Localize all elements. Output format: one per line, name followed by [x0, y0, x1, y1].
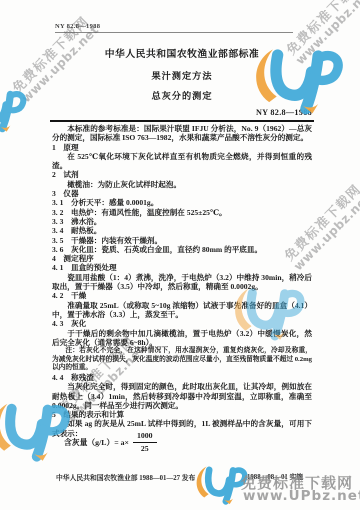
doc-block-item: 3. 2 电热炉：有通风性能，温度控制在 525±25℃。 — [52, 208, 312, 217]
doc-block-para: 准确量取 25mL（或称取 5~10g 浓缩物）试液于事先准备好的皿盒（4.1）… — [52, 301, 312, 320]
standard-subtitle: 总灰分的测定 — [52, 88, 312, 102]
doc-block-para: 于干燥后的剩余物中加几滴橄榄油，置于电热炉（3.2）中缓慢炭化，然后完全灰化（通… — [52, 329, 312, 348]
doc-block-para: 瓷皿用盐酸（1：4）煮沸，洗净，于电热炉（3.2）中维持 30min，稍冷后取出… — [52, 273, 312, 292]
doc-block-h2: 4. 1 皿盒的预处理 — [52, 263, 312, 272]
doc-block-h2: 4. 3 灰化 — [52, 319, 312, 328]
doc-block-note: 注：若灰化不完全，在这种情况下，用水湿润灰分，重复灼烧灰化，冷却及称重，为减免灰… — [52, 347, 312, 373]
doc-block-item: 3. 6 灰化皿：瓷质、石英或白金皿，直径约 80mm 的平底皿。 — [52, 245, 312, 254]
doc-block-para: 当灰化完全时，得到固定的颜色，此时取出灰化皿，让其冷却，例如放在耐热板上（3.4… — [52, 382, 312, 410]
formula-denominator: 25 — [141, 443, 149, 454]
title-rule — [50, 120, 314, 122]
formula-numerator: 1000 — [133, 431, 157, 443]
doc-block-item: 3. 4 耐热板。 — [52, 226, 312, 235]
ash-content-formula: 含灰量（g/L）= a× 1000 25 — [64, 431, 157, 453]
doc-block-item: 3. 3 沸水浴。 — [52, 217, 312, 226]
doc-block-h: 3 仪器 — [52, 189, 312, 198]
doc-block-para: 在 525℃氧化环境下灰化试样直至有机物质完全燃烧，并得到恒重的残渣。 — [52, 152, 312, 171]
doc-block-h: 5 结果的表示和计算 — [52, 410, 312, 419]
running-header-rule — [55, 32, 293, 33]
document-content: NY 82.8—1988 中华人民共和国农牧渔业部部标准 果汁测定方法 总灰分的… — [0, 0, 360, 510]
running-header-doc-no: NY 82.8—1988 — [55, 23, 100, 30]
formula-fraction: 1000 25 — [133, 431, 157, 453]
doc-block-item: 3. 5 干燥器：内装有效干燥剂。 — [52, 236, 312, 245]
doc-block-h2: 4. 2 干燥 — [52, 291, 312, 300]
formula-lhs: 含灰量（g/L）= a× — [64, 437, 129, 448]
footer-issued-by: 中华人民共和国农牧渔业部 1988—01—27 发布 — [56, 472, 195, 482]
doc-block-h2: 4. 4 称残渣 — [52, 373, 312, 382]
doc-block-item: 3. 1 分析天平：感量 0.0001g。 — [52, 198, 312, 207]
footer-effective-date: 1988—08—01 实施 — [247, 471, 303, 481]
standard-org-title: 中华人民共和国农牧渔业部部标准 — [52, 46, 312, 60]
doc-block-para: 本标准的参考标准是：国际果汁联盟 IFJU 分析法，No. 9（1962）—总灰… — [52, 124, 312, 143]
doc-block-h: 1 原理 — [52, 143, 312, 152]
document-body: 本标准的参考标准是：国际果汁联盟 IFJU 分析法，No. 9（1962）—总灰… — [52, 124, 312, 438]
doc-block-h: 2 试剂 — [52, 170, 312, 179]
document-page: 免费标准下载网 www.upbz.net 免费标准下载网 www.upbz.ne… — [0, 0, 360, 510]
standard-number: NY 82.8—1988 — [256, 108, 312, 117]
doc-block-para: 橄榄油：为防止灰化试样时起泡。 — [52, 180, 312, 189]
standard-title: 果汁测定方法 — [52, 68, 312, 82]
